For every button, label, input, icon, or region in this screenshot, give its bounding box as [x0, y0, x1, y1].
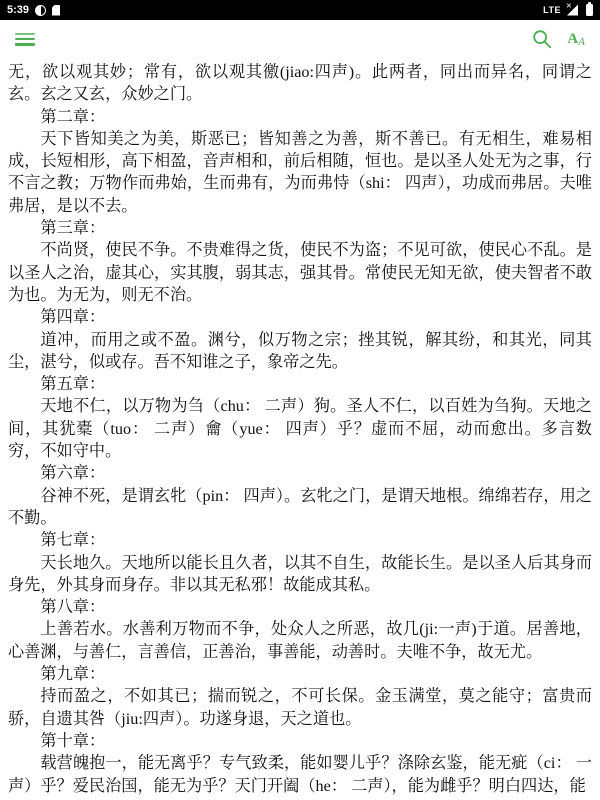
font-size-icon[interactable]: AA: [567, 31, 585, 47]
paragraph: 上善若水。水善利万物而不争，处众人之所恶，故几(ji:一声)于道。居善地，心善渊…: [8, 618, 592, 663]
reader-page-content[interactable]: 无，欲以观其妙；常有，欲以观其徼(jiao:四声)。此两者，同出而异名，同谓之玄…: [0, 58, 600, 800]
paragraph: 谷神不死，是谓玄牝（pin： 四声）。玄牝之门，是谓天地根。绵绵若存，用之不勤。: [8, 485, 592, 530]
search-icon[interactable]: [531, 28, 553, 50]
paragraph: 不尚贤，使民不争。不贵难得之货，使民不为盗；不见可欲，使民心不乱。是以圣人之治，…: [8, 239, 592, 306]
status-bar: 5:39 LTE ✕: [0, 0, 600, 20]
font-size-icon-small-a: A: [578, 36, 585, 48]
chapter-heading: 第九章：: [8, 663, 592, 685]
paragraph: 无，欲以观其妙；常有，欲以观其徼(jiao:四声)。此两者，同出而异名，同谓之玄…: [8, 61, 592, 106]
chapter-heading: 第十章：: [8, 730, 592, 752]
battery-icon: [586, 4, 593, 16]
reader-toolbar: AA: [0, 20, 600, 58]
clock-text: 5:39: [7, 4, 29, 16]
chapter-heading: 第二章：: [8, 106, 592, 128]
paragraph: 持而盈之，不如其已；揣而锐之，不可长保。金玉满堂，莫之能守；富贵而骄，自遗其咎（…: [8, 685, 592, 730]
signal-icon: ✕: [567, 5, 578, 16]
sd-card-icon: [52, 5, 60, 16]
network-type-label: LTE: [543, 5, 561, 15]
font-size-icon-large-a: A: [567, 31, 578, 47]
paragraph: 天长地久。天地所以能长且久者，以其不自生，故能长生。是以圣人后其身而身先，外其身…: [8, 552, 592, 597]
paragraph: 载营魄抱一，能无离乎？专气致柔，能如婴儿乎？涤除玄鉴，能无疵（ci： 一声）乎？…: [8, 752, 592, 797]
data-usage-icon: [35, 5, 46, 16]
hamburger-menu-icon[interactable]: [15, 33, 35, 46]
chapter-heading: 第八章：: [8, 596, 592, 618]
paragraph: 道冲，而用之或不盈。渊兮，似万物之宗；挫其锐，解其纷，和其光，同其尘，湛兮，似或…: [8, 329, 592, 374]
chapter-heading: 第三章：: [8, 217, 592, 239]
chapter-heading: 第四章：: [8, 306, 592, 328]
chapter-heading: 第七章：: [8, 529, 592, 551]
chapter-heading: 第六章：: [8, 462, 592, 484]
chapter-heading: 第五章：: [8, 373, 592, 395]
paragraph: 天地不仁，以万物为刍（chu： 二声）狗。圣人不仁，以百姓为刍狗。天地之间，其犹…: [8, 395, 592, 462]
paragraph: 天下皆知美之为美，斯恶已；皆知善之为善，斯不善已。有无相生，难易相成，长短相形，…: [8, 128, 592, 217]
no-connection-cross-icon: ✕: [566, 2, 572, 10]
